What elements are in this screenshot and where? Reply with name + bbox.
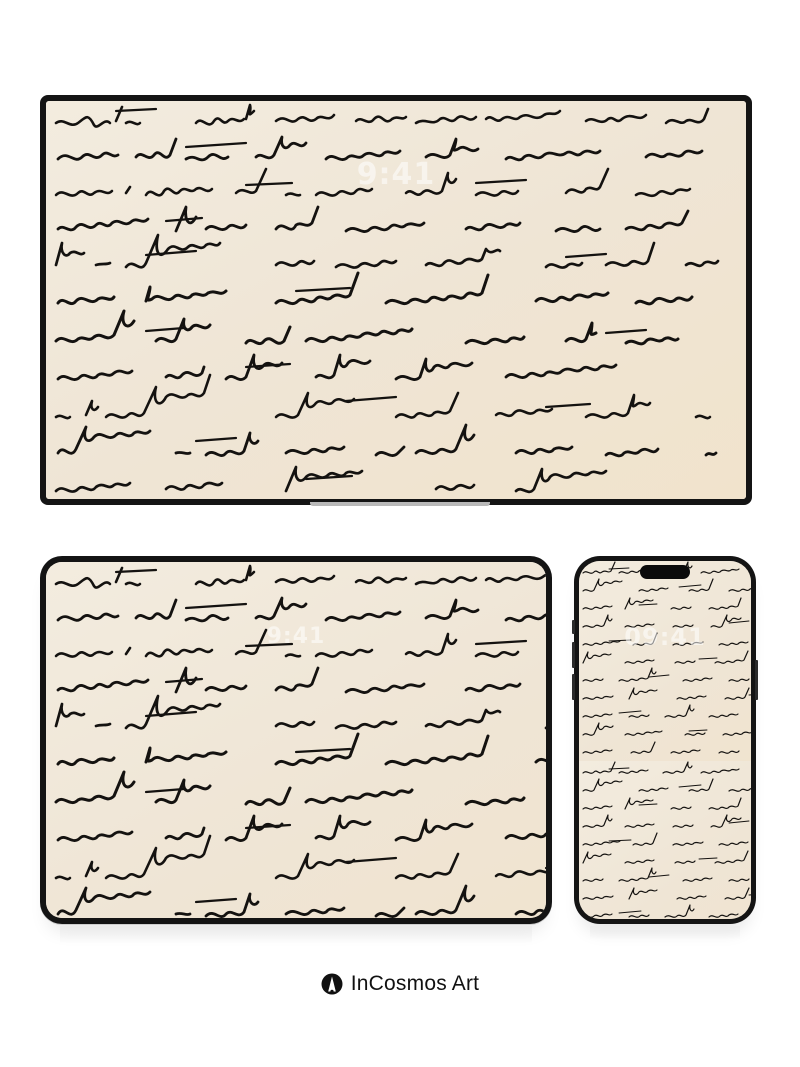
phone-reflection — [590, 926, 740, 940]
brand-name: InCosmos Art — [351, 972, 479, 996]
tablet-mockup: 9:41 — [40, 556, 552, 924]
handwriting-wallpaper — [46, 562, 546, 918]
clock-overlay: 09:41 — [579, 623, 751, 651]
handwriting-wallpaper — [579, 561, 751, 919]
phone-volume-up-button — [572, 642, 575, 668]
phone-power-button — [755, 660, 758, 700]
monitor-screen: 9:41 — [46, 101, 746, 499]
tablet-screen: 9:41 — [46, 562, 546, 918]
tablet-reflection — [60, 926, 532, 944]
phone-volume-down-button — [572, 674, 575, 700]
phone-action-button — [572, 620, 575, 634]
brand-footer: InCosmos Art — [0, 972, 800, 996]
desktop-monitor-mockup: 9:41 — [40, 95, 752, 505]
incosmos-logo-icon — [321, 973, 343, 995]
phone-screen: 09:41 — [579, 561, 751, 919]
dynamic-island — [640, 565, 690, 579]
phone-mockup: 09:41 — [574, 556, 756, 924]
clock-overlay: 9:41 — [46, 157, 746, 192]
clock-overlay: 9:41 — [46, 624, 546, 649]
monitor-stand — [310, 502, 490, 506]
